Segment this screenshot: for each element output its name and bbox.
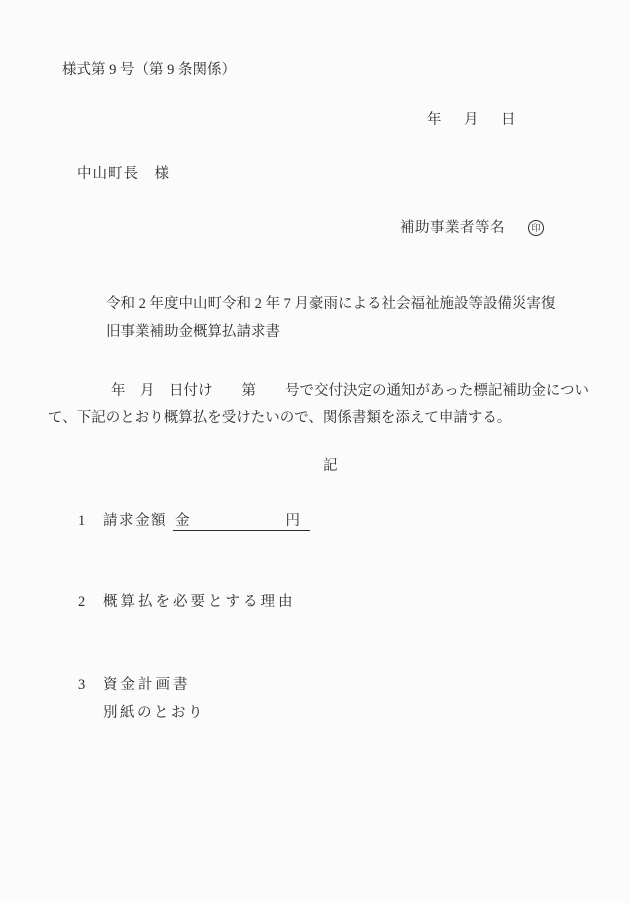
item-3-note: 別紙のとおり bbox=[103, 704, 205, 722]
item-2-row: 2 概算払を必要とする理由 bbox=[78, 593, 296, 611]
item-3-number: 3 bbox=[78, 676, 103, 694]
form-number: 様式第 9 号（第 9 条関係） bbox=[62, 61, 236, 79]
item-2-label: 概算払を必要とする理由 bbox=[103, 593, 296, 611]
item-3-row: 3 資金計画書 bbox=[78, 676, 191, 694]
document-title-line1: 令和 2 年度中山町令和 2 年 7 月豪雨による社会福祉施設等設備災害復 bbox=[106, 295, 556, 313]
item-1-row: 1 請求金額 金 円 bbox=[78, 512, 310, 531]
date-line: 年 月 日 bbox=[427, 111, 520, 129]
body-paragraph-line2: て、下記のとおり概算払を受けたいので、関係書類を添えて申請する。 bbox=[48, 409, 511, 427]
body-paragraph-line1: 年 月 日付け 第 号で交付決定の通知があった標記補助金につい bbox=[111, 382, 589, 400]
item-1-label: 請求金額 bbox=[103, 512, 167, 530]
document-page: 様式第 9 号（第 9 条関係） 年 月 日 中山町長 様 補助事業者等名 印 … bbox=[0, 0, 630, 903]
addressee: 中山町長 様 bbox=[77, 165, 170, 183]
item-1-number: 1 bbox=[78, 512, 103, 530]
seal-character: 印 bbox=[531, 224, 540, 233]
seal-mark-icon: 印 bbox=[528, 220, 544, 236]
amount-blank-field: 金 円 bbox=[173, 512, 310, 531]
amount-suffix: 円 bbox=[286, 512, 301, 530]
signer-label: 補助事業者等名 bbox=[400, 219, 505, 237]
item-3-label: 資金計画書 bbox=[103, 676, 191, 694]
item-2-number: 2 bbox=[78, 593, 103, 611]
section-marker: 記 bbox=[323, 457, 338, 475]
document-title-line2: 旧事業補助金概算払請求書 bbox=[106, 323, 280, 341]
amount-prefix: 金 bbox=[173, 512, 190, 530]
